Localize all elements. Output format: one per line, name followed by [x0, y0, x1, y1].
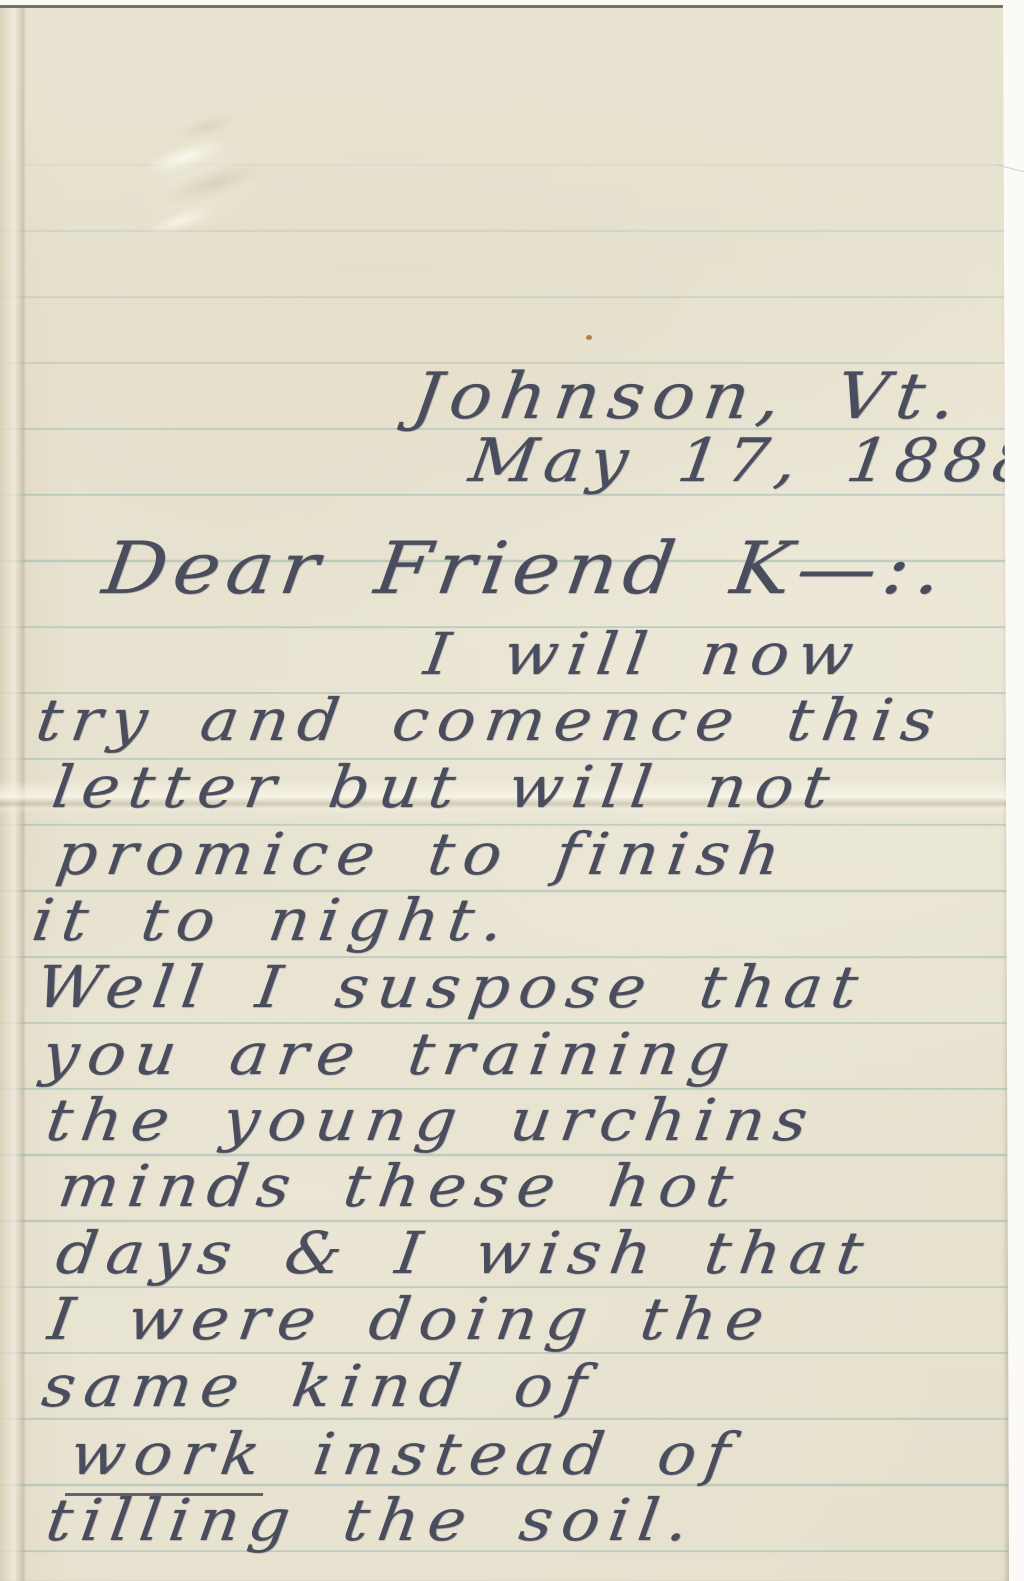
letter-line: same kind of	[38, 1352, 599, 1420]
letter-line: the young urchins	[42, 1086, 820, 1154]
letter-line: work instead of	[66, 1420, 743, 1488]
underlined-word: work	[65, 1420, 274, 1496]
letter-line: minds these hot	[54, 1152, 746, 1220]
letter-line: I will now	[420, 620, 866, 688]
location-line: Johnson, Vt.	[408, 360, 969, 434]
date-line: May 17, 1888.	[465, 426, 1024, 496]
letter-line: letter but will not	[48, 753, 842, 821]
letter-line: it to night.	[28, 886, 517, 954]
letter-line: I were doing the	[44, 1285, 777, 1353]
salutation-line: Dear Friend K—:.	[98, 526, 954, 610]
letter-line: days & I wish that	[52, 1219, 876, 1287]
letter-line: you are training	[38, 1020, 743, 1088]
letter-line: try and comence this	[32, 686, 948, 754]
letter-line: Well I suspose that	[32, 953, 871, 1021]
letter-paper: Johnson, Vt. May 17, 1888. Dear Friend K…	[0, 5, 1009, 1581]
letter-line: tilling the soil.	[42, 1486, 702, 1554]
letter-line: promice to finish	[52, 820, 793, 888]
foxing-speck	[586, 335, 592, 340]
